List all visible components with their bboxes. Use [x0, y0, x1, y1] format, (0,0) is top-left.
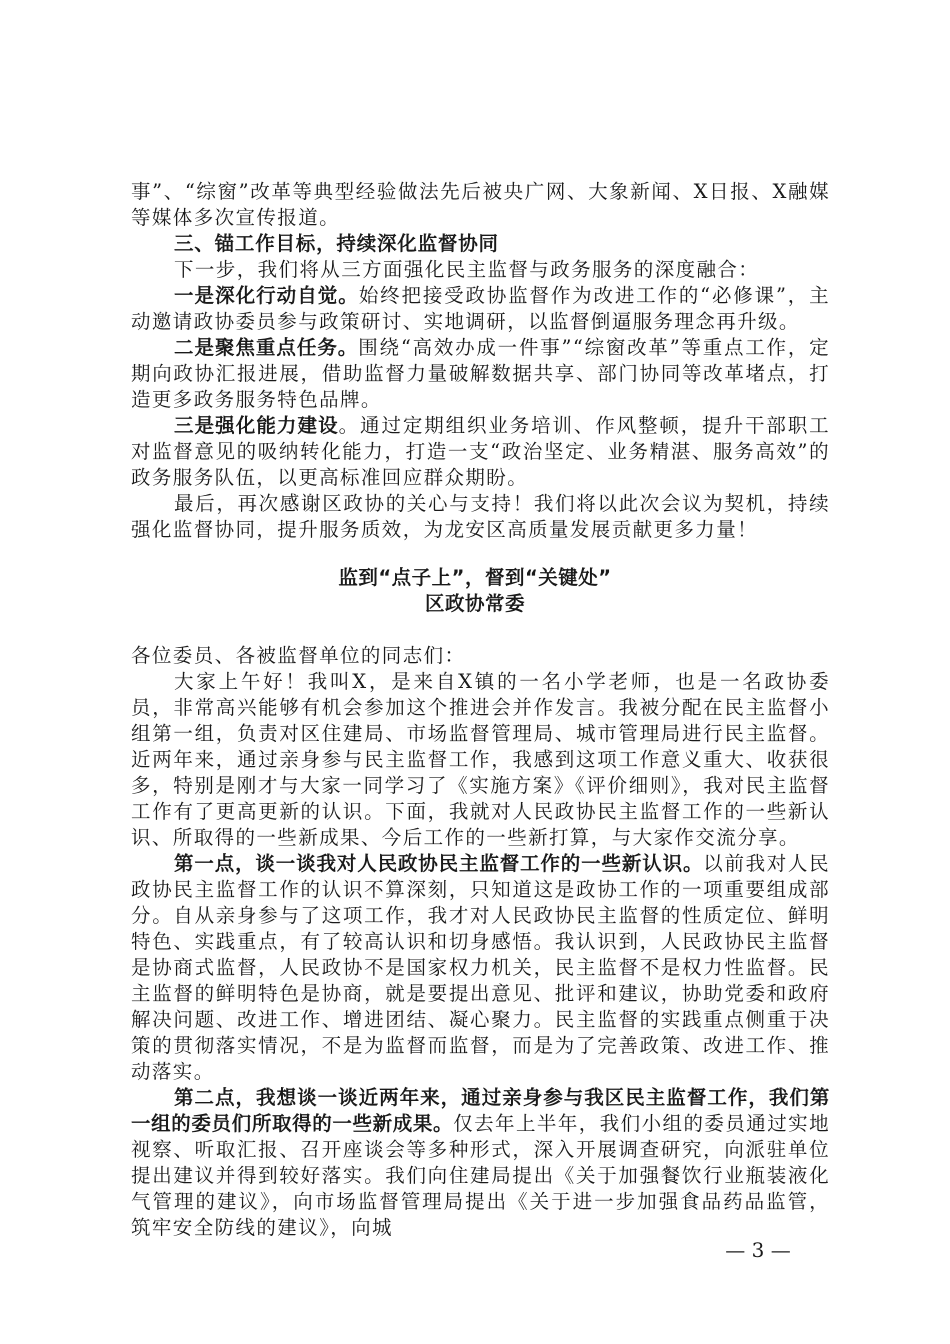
- item-lead-2: 二是聚焦重点任务。: [174, 336, 358, 359]
- opening-paragraph: 大家上午好！我叫X，是来自X镇的一名小学老师，也是一名政协委员，非常高兴能够有机…: [131, 669, 830, 851]
- intro-paragraph: 下一步，我们将从三方面强化民主监督与政务服务的深度融合：: [131, 257, 830, 283]
- point1-text: 以前我对人民政协民主监督工作的认识不算深刻，只知道这是政协工作的一项重要组成部分…: [131, 852, 830, 1083]
- closing-paragraph: 最后，再次感谢区政协的关心与支持！我们将以此次会议为契机，持续强化监督协同，提升…: [131, 491, 830, 543]
- item-lead-1: 一是深化行动自觉。: [174, 284, 359, 307]
- speech-author: 区政协常委: [0, 591, 950, 617]
- item-paragraph-1: 一是深化行动自觉。始终把接受政协监督作为改进工作的“必修课”，主动邀请政协委员参…: [131, 283, 830, 335]
- item-paragraph-3: 三是强化能力建设。通过定期组织业务培训、作风整顿，提升干部职工对监督意见的吸纳转…: [131, 413, 830, 491]
- document-body-part1: 事”、“综窗”改革等典型经验做法先后被央广网、大象新闻、X日报、X融媒等媒体多次…: [131, 179, 830, 543]
- salutation: 各位委员、各被监督单位的同志们：: [131, 643, 830, 669]
- item-paragraph-2: 二是聚焦重点任务。围绕“高效办成一件事”“综窗改革”等重点工作，定期向政协汇报进…: [131, 335, 830, 413]
- section-heading: 三、锚工作目标，持续深化监督协同: [131, 231, 830, 257]
- point1-paragraph: 第一点，谈一谈我对人民政协民主监督工作的一些新认识。以前我对人民政协民主监督工作…: [131, 851, 830, 1085]
- point2-paragraph: 第二点，我想谈一谈近两年来，通过亲身参与我区民主监督工作，我们第一组的委员们所取…: [131, 1085, 830, 1241]
- item-lead-3: 三是强化能力建设: [174, 414, 339, 437]
- page-number: — 3 —: [718, 1236, 798, 1264]
- point1-lead: 第一点，谈一谈我对人民政协民主监督工作的一些新认识。: [174, 852, 703, 875]
- speech-title: 监到“点子上”，督到“关键处”: [0, 565, 950, 591]
- document-body-part2: 各位委员、各被监督单位的同志们： 大家上午好！我叫X，是来自X镇的一名小学老师，…: [131, 643, 830, 1241]
- speech-title-block: 监到“点子上”，督到“关键处” 区政协常委: [0, 565, 950, 617]
- continuation-paragraph: 事”、“综窗”改革等典型经验做法先后被央广网、大象新闻、X日报、X融媒等媒体多次…: [131, 179, 830, 231]
